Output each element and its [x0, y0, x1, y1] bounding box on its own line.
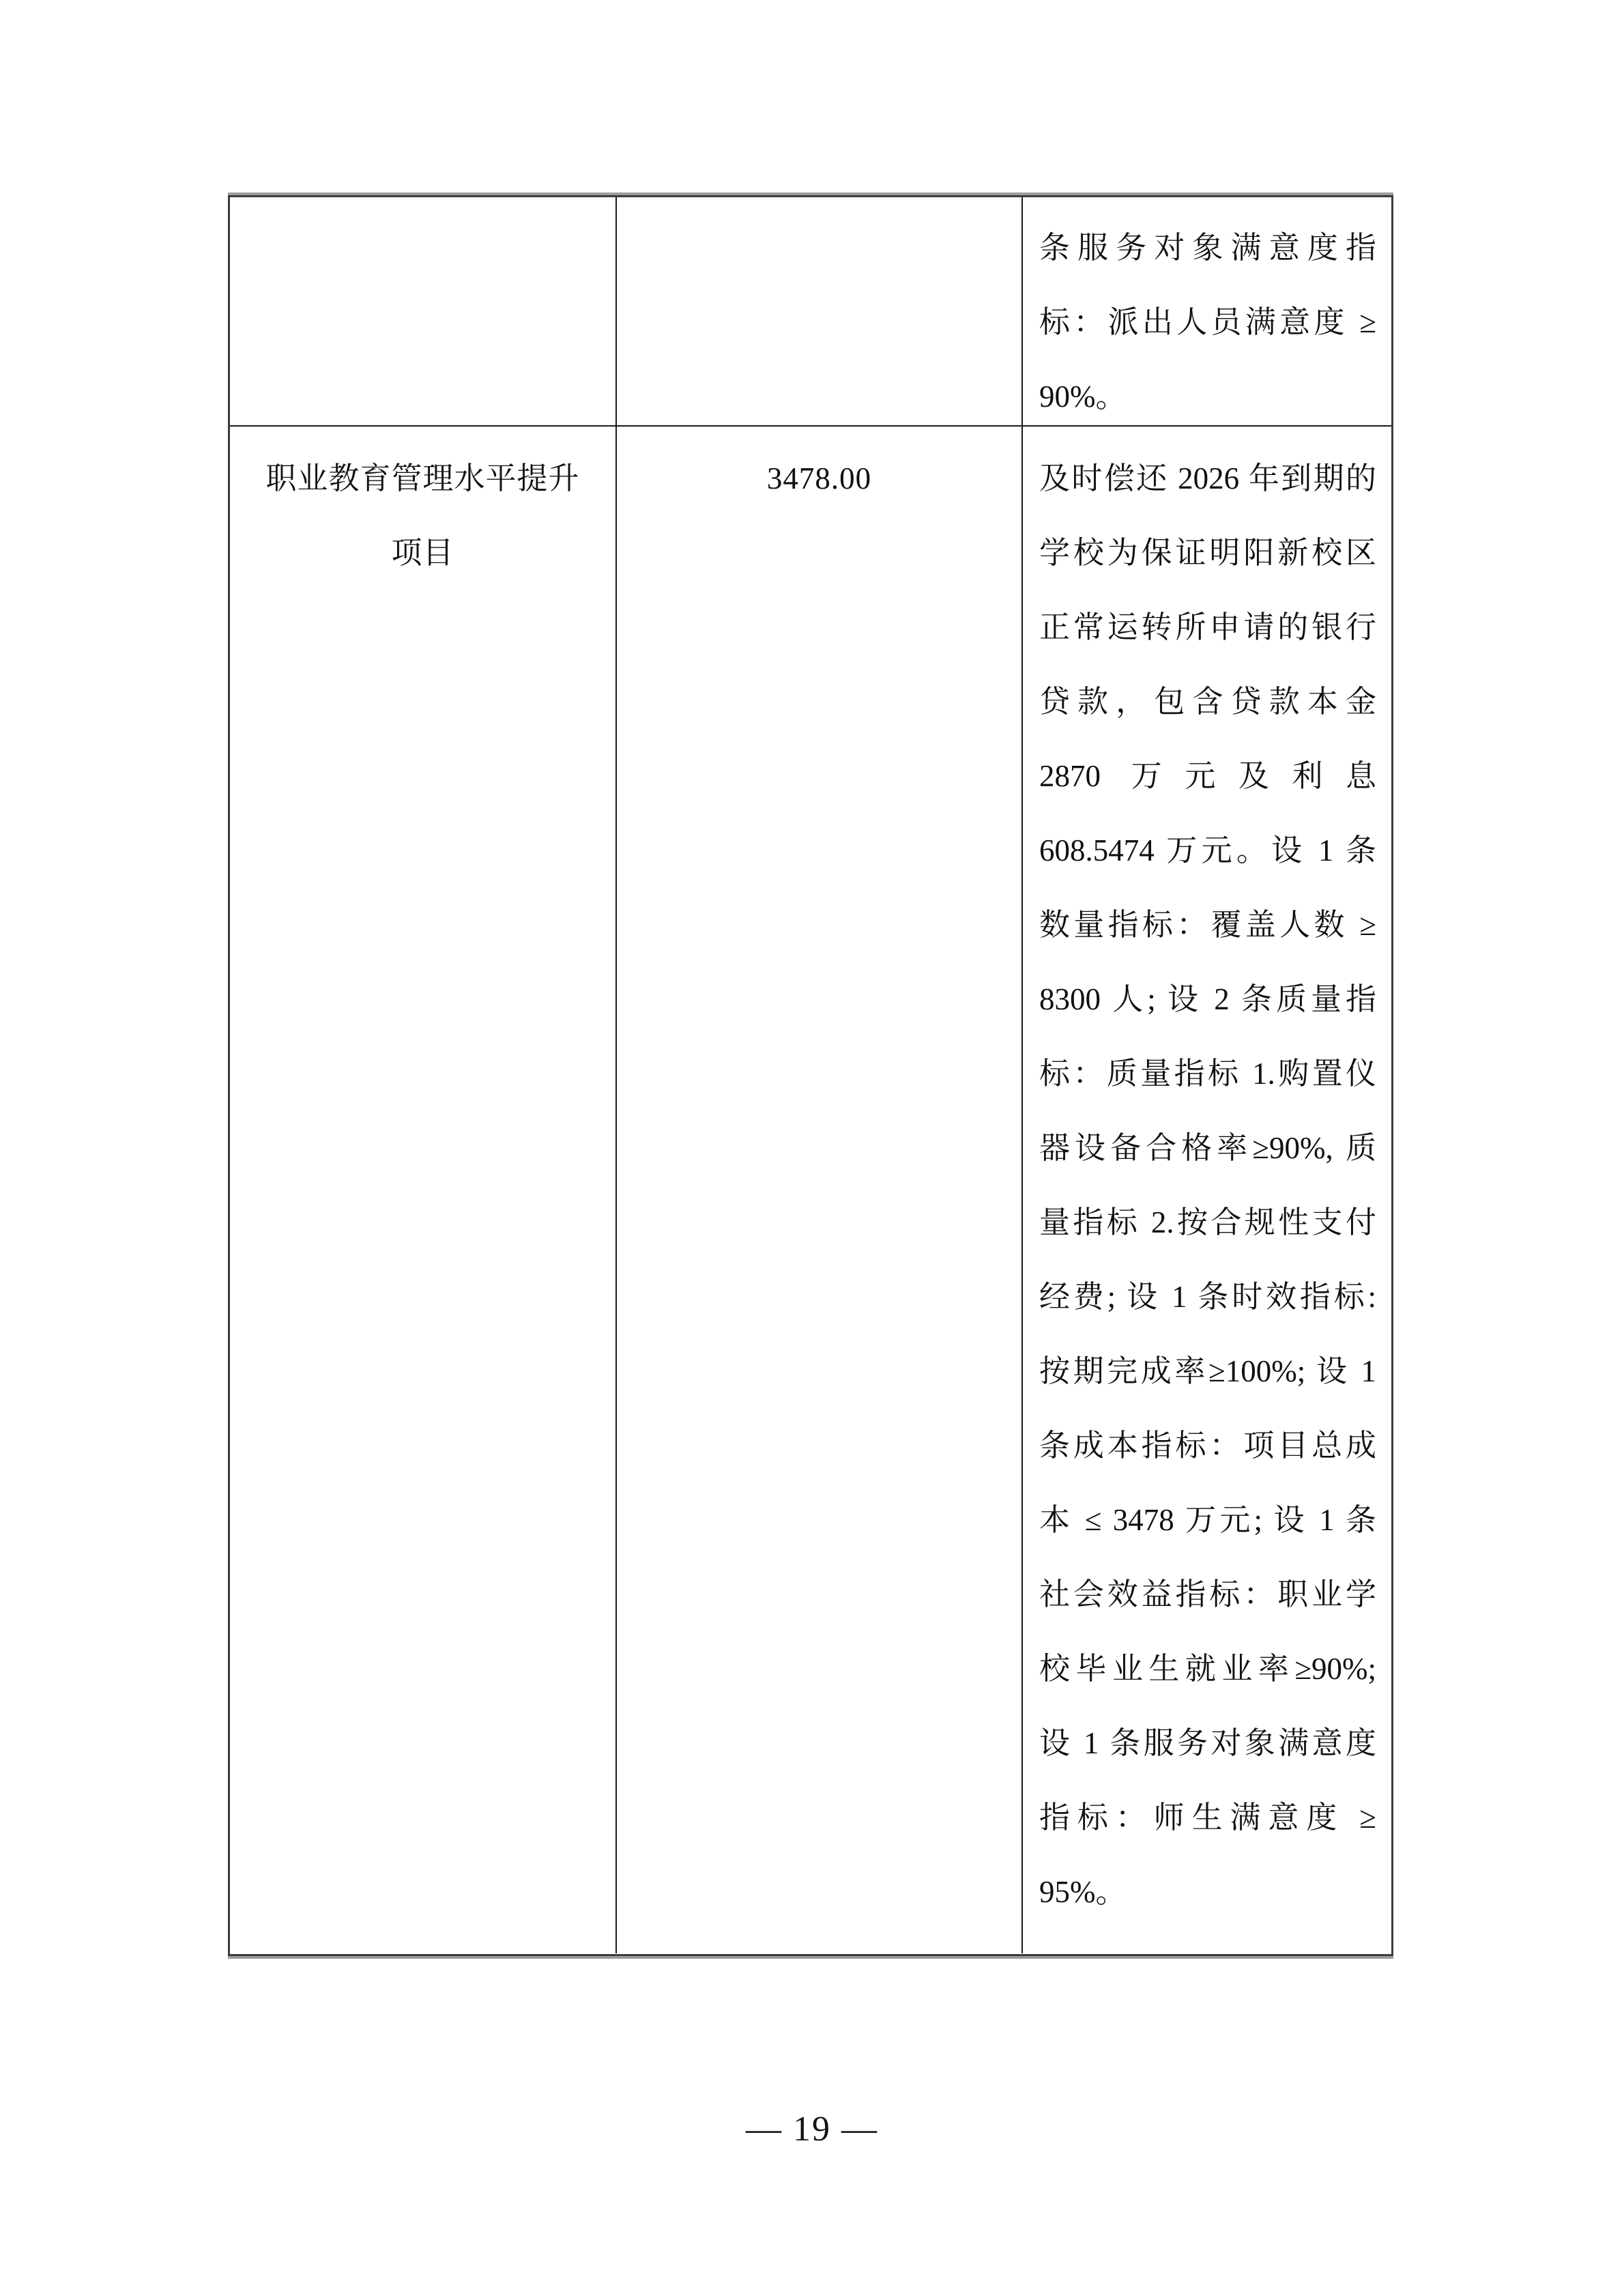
text-line: 95%。 [1039, 1855, 1376, 1929]
table-cell-r2-project-name: 职业教育管理水平提升项目 [230, 427, 617, 1953]
text-line: 量指标 2.按合规性支付 [1039, 1186, 1376, 1260]
table-cell-r1-description: 条服务对象满意度指标：派出人员满意度 ≥90%。 [1023, 197, 1391, 427]
text-line: 本 ≤ 3478 万元; 设 1 条 [1039, 1483, 1376, 1558]
text-line: 及时偿还 2026 年到期的 [1039, 442, 1376, 516]
text-line: 设 1 条服务对象满意度 [1039, 1706, 1376, 1781]
text-line: 3478.00 [626, 442, 1012, 516]
text-line: 指标：师生满意度 ≥ [1039, 1781, 1376, 1855]
text-line: 学校为保证明阳新校区 [1039, 516, 1376, 590]
text-line: 职业教育管理水平提升 [240, 442, 606, 516]
table-cell-r1-amount [617, 197, 1023, 427]
text-line: 经费; 设 1 条时效指标: [1039, 1260, 1376, 1334]
text-line: 数量指标：覆盖人数 ≥ [1039, 888, 1376, 962]
text-line: 8300 人; 设 2 条质量指 [1039, 962, 1376, 1037]
text-line: 校毕业生就业率≥90%; [1039, 1632, 1376, 1706]
page-number: — 19 — [0, 2109, 1624, 2150]
text-line: 标：派出人员满意度 ≥ [1039, 285, 1376, 360]
table-cell-r2-description: 及时偿还 2026 年到期的学校为保证明阳新校区正常运转所申请的银行贷款，包含贷… [1023, 427, 1391, 1953]
text-line: 器设备合格率≥90%, 质 [1039, 1111, 1376, 1186]
text-line: 90%。 [1039, 360, 1376, 427]
text-line: 2870 万元及利息 [1039, 739, 1376, 814]
text-line: 贷款，包含贷款本金 [1039, 665, 1376, 739]
text-line: 条成本指标：项目总成 [1039, 1409, 1376, 1483]
text-line: 正常运转所申请的银行 [1039, 590, 1376, 665]
budget-project-table: 条服务对象满意度指标：派出人员满意度 ≥90%。 职业教育管理水平提升项目 34… [228, 195, 1393, 1956]
text-line: 608.5474 万元。设 1 条 [1039, 814, 1376, 888]
table-cell-r1-project-name [230, 197, 617, 427]
text-line: 按期完成率≥100%; 设 1 [1039, 1334, 1376, 1409]
text-line: 项目 [240, 516, 606, 590]
text-line: 标：质量指标 1.购置仪 [1039, 1037, 1376, 1111]
text-line: 社会效益指标：职业学 [1039, 1558, 1376, 1632]
text-line: 条服务对象满意度指 [1039, 211, 1376, 285]
document-page: { "document": { "table": { "rows": [ { "… [0, 0, 1624, 2296]
table-cell-r2-amount: 3478.00 [617, 427, 1023, 1953]
